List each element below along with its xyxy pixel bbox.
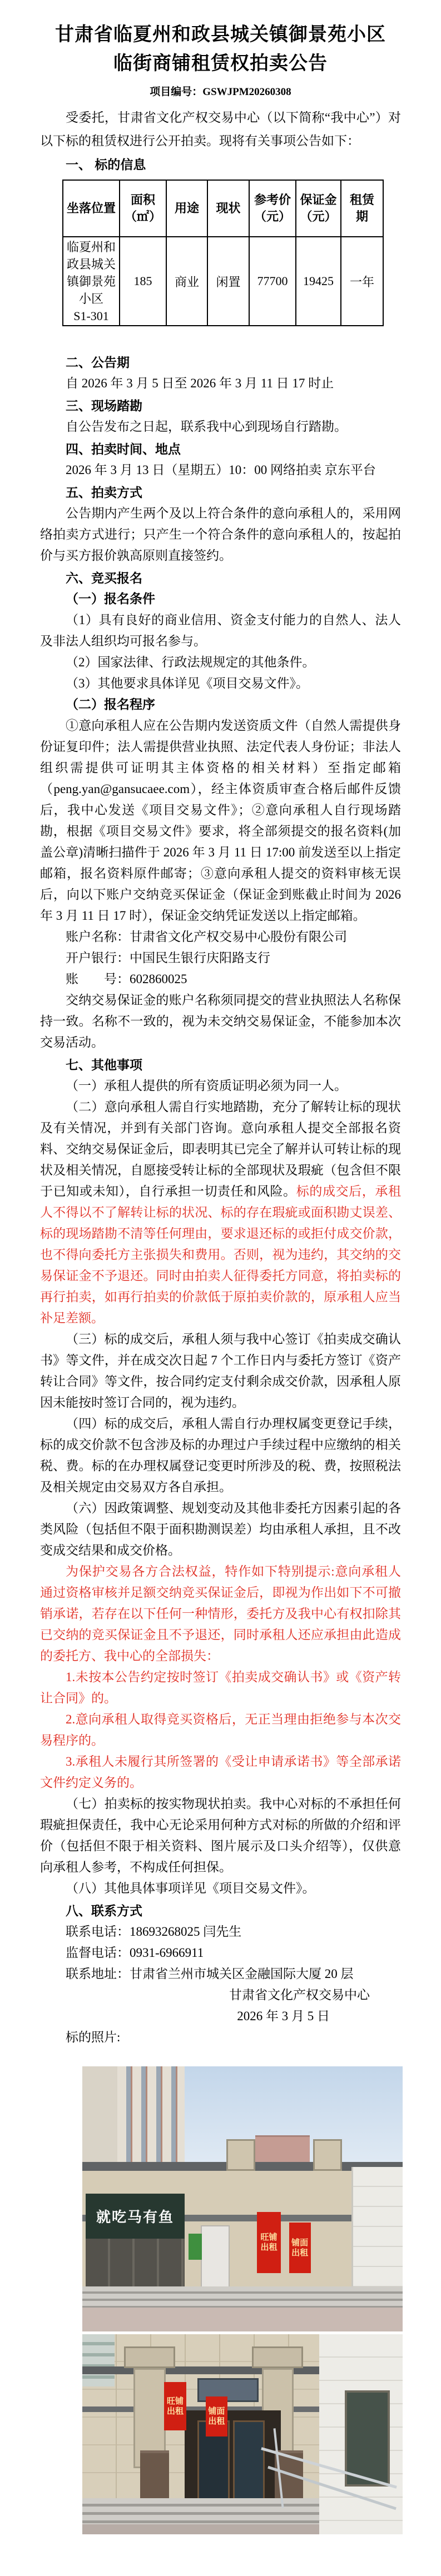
page-title: 甘肃省临夏州和政县城关镇御景苑小区 临街商铺租赁权拍卖公告 bbox=[40, 20, 401, 78]
paragraph-red: 为保护交易各方合法权益，特作如下特别提示:意向承租人通过资格审核并足额交纳竞买保… bbox=[40, 1561, 401, 1667]
cell-ref-price: 77700 bbox=[249, 237, 296, 326]
storefront-sign: 就吃马有鱼 bbox=[86, 2194, 185, 2239]
col-header-deposit: 保证金 （元） bbox=[296, 180, 341, 237]
cell-area: 185 bbox=[120, 237, 166, 326]
header-text: （元） bbox=[296, 208, 340, 225]
header-text: 面积 bbox=[120, 192, 166, 208]
cell-location: 临夏州和 政县城关 镇御景苑 小区 S1-301 bbox=[63, 237, 120, 326]
glass-door-right bbox=[233, 2420, 265, 2503]
col-header-status: 现状 bbox=[207, 180, 249, 237]
paragraph: （八）其他具体事项详见《项目交易文件》。 bbox=[40, 1878, 401, 1899]
trash-bin bbox=[189, 2234, 202, 2260]
section-heading-lot-info: 一、 标的信息 bbox=[40, 154, 401, 175]
sub-heading: （一）报名条件 bbox=[40, 589, 401, 610]
header-text: 参考价 bbox=[250, 192, 295, 208]
paragraph: （四）标的成交后，承租人需自行办理权属变更登记手续，标的成交价款不包含涉及标的办… bbox=[40, 1413, 401, 1498]
project-number: 项目编号：GSWJPM20260308 bbox=[40, 83, 401, 98]
paragraph-text-red: 标的成交后，承租人不得以不了解转让标的状况、标的存在瑕疵或面积勘丈误差、标的现场… bbox=[40, 1184, 401, 1325]
header-text: 期 bbox=[341, 208, 383, 225]
date-line: 2026 年 3 月 5 日 bbox=[40, 2006, 401, 2027]
background-building bbox=[82, 2334, 115, 2386]
side-window bbox=[345, 2390, 390, 2487]
paragraph: （1）具有良好的商业信用、资金支付能力的自然人、法人及非法人组织均可报名参与。 bbox=[40, 610, 401, 652]
storefront-sign-text: 就吃马有鱼 bbox=[96, 2206, 174, 2226]
property-photo-2: 旺铺出租 铺面出租 bbox=[82, 2334, 403, 2534]
col-header-location: 坐落位置 bbox=[63, 180, 120, 237]
pavement bbox=[82, 2308, 403, 2331]
table-row: 临夏州和 政县城关 镇御景苑 小区 S1-301 185 商业 闲置 77700… bbox=[63, 237, 383, 326]
paragraph: ①意向承租人应在公告期内发送资质文件（自然人需提供身份证复印件；法人需提供营业执… bbox=[40, 715, 401, 926]
pillar-capital bbox=[226, 2139, 255, 2171]
paragraph: （七）拍卖标的按实物现状拍卖。我中心对标的不承担任何瑕疵担保责任，我中心无论采用… bbox=[40, 1793, 401, 1878]
paragraph: 监督电话：0931-6966911 bbox=[40, 1942, 401, 1964]
header-text: 保证金 bbox=[296, 192, 340, 208]
cell-deposit: 19425 bbox=[296, 237, 341, 326]
rent-banner-door: 铺面出租 bbox=[206, 2396, 227, 2437]
cell-status: 闲置 bbox=[207, 237, 249, 326]
header-text: （㎡） bbox=[120, 208, 166, 225]
paragraph: （2）国家法律、行政法规规定的其他条件。 bbox=[40, 652, 401, 673]
entrance-steps bbox=[82, 2286, 403, 2308]
header-text: 现状 bbox=[208, 200, 249, 217]
paragraph: （六）因政策调整、规划变动及其他非委托方因素引起的各类风险（包括但不限于面积勘测… bbox=[40, 1498, 401, 1561]
paragraph: （3）其他要求具体详见《项目交易文件》。 bbox=[40, 673, 401, 694]
col-header-usage: 用途 bbox=[166, 180, 207, 237]
auction-announcement-page: 甘肃省临夏州和政县城关镇御景苑小区 临街商铺租赁权拍卖公告 项目编号：GSWJP… bbox=[0, 0, 441, 2576]
sub-heading: （二）报名程序 bbox=[40, 694, 401, 715]
cell-usage: 商业 bbox=[166, 237, 207, 326]
paragraph: 账 号：602860025 bbox=[40, 969, 401, 990]
col-header-ref-price: 参考价 （元） bbox=[249, 180, 296, 237]
lot-info-table: 坐落位置 面积 （㎡） 用途 现状 参考价 （元） bbox=[62, 180, 384, 326]
rent-banner-wall: 旺铺出租 bbox=[164, 2382, 186, 2430]
paragraph-red: 2.意向承租人取得竞买资格后，无正当理由拒绝参与本次交易程序的。 bbox=[40, 1709, 401, 1751]
paragraph: 自 2026 年 3 月 5 日至 2026 年 3 月 11 日 17 时止 bbox=[40, 373, 401, 394]
rent-banner-text: 铺面出租 bbox=[291, 2238, 309, 2258]
stone-plinth bbox=[140, 2450, 169, 2503]
title-line-2: 临街商铺租赁权拍卖公告 bbox=[40, 49, 401, 78]
paragraph-red: 3.承租人未履行其所签署的《受让申请承诺书》等全部承诺文件约定义务的。 bbox=[40, 1751, 401, 1793]
table-header-row: 坐落位置 面积 （㎡） 用途 现状 参考价 （元） bbox=[63, 180, 383, 237]
paragraph: 2026 年 3 月 13 日（星期五）10：00 网络拍卖 京东平台 bbox=[40, 460, 401, 481]
section-heading: 五、拍卖方式 bbox=[40, 482, 401, 503]
section-heading: 四、拍卖时间、地点 bbox=[40, 439, 401, 460]
paragraph: 自公告发布之日起，联系我中心到现场自行踏勘。 bbox=[40, 416, 401, 437]
header-text: （元） bbox=[250, 208, 295, 225]
pillar-capital bbox=[313, 2139, 342, 2171]
paragraph: （一）承租人提供的所有资质证明必须为同一人。 bbox=[40, 1075, 401, 1097]
rent-banner-text: 旺铺出租 bbox=[166, 2396, 185, 2416]
signature-line: 甘肃省文化产权交易中心 bbox=[40, 1985, 401, 2006]
paragraph: 账户名称：甘肃省文化产权交易中心股份有限公司 bbox=[40, 926, 401, 948]
paragraph: 联系电话：18693268025 闫先生 bbox=[40, 1921, 401, 1942]
paragraph: 标的照片: bbox=[40, 2027, 401, 2048]
intro-paragraph: 受委托，甘肃省文化产权交易中心（以下简称“我中心”）对以下标的租赁权进行公开拍卖… bbox=[40, 106, 401, 153]
section-heading: 八、联系方式 bbox=[40, 1900, 401, 1921]
section-heading: 三、现场踏勘 bbox=[40, 395, 401, 416]
rent-banner-wall: 旺铺出租 bbox=[257, 2212, 281, 2273]
col-header-area: 面积 （㎡） bbox=[120, 180, 166, 237]
entrance-steps bbox=[82, 2498, 319, 2524]
paragraph: 公告期内产生两个及以上符合条件的意向承租人的，采用网络拍卖方式进行；只产生一个符… bbox=[40, 503, 401, 566]
document-body: 二、公告期自 2026 年 3 月 5 日至 2026 年 3 月 11 日 1… bbox=[40, 352, 401, 2048]
pillar-capital bbox=[124, 2346, 175, 2369]
cell-lease-term: 一年 bbox=[341, 237, 383, 326]
section-heading: 二、公告期 bbox=[40, 352, 401, 373]
col-header-lease-term: 租赁 期 bbox=[341, 180, 383, 237]
paragraph: 交纳交易保证金的账户名称须同提交的营业执照法人名称保持一致。名称不一致的，视为未… bbox=[40, 990, 401, 1053]
pillar-capital bbox=[252, 2346, 303, 2369]
paragraph: 联系地址：甘肃省兰州市城关区金融国际大厦 20 层 bbox=[40, 1964, 401, 1985]
rent-banner-door: 铺面出租 bbox=[289, 2223, 311, 2273]
header-text: 用途 bbox=[167, 200, 207, 217]
paragraph-text: （二）意向承租人需自行实地踏勘，充分了解转让标的现状及有关情况，并到有关部门咨询… bbox=[40, 1100, 401, 1198]
rent-banner-text: 铺面出租 bbox=[207, 2406, 226, 2426]
title-line-1: 甘肃省临夏州和政县城关镇御景苑小区 bbox=[40, 20, 401, 49]
shop-door bbox=[201, 2225, 230, 2291]
section-heading: 七、其他事项 bbox=[40, 1054, 401, 1075]
paragraph-red: 1.未按本公告约定按时签订《拍卖成交确认书》或《资产转让合同》的。 bbox=[40, 1667, 401, 1709]
section-heading: 六、竞买报名 bbox=[40, 567, 401, 589]
property-photo-1: 就吃马有鱼 旺铺出租 铺面出租 bbox=[82, 2066, 403, 2331]
paragraph-mixed: （二）意向承租人需自行实地踏勘，充分了解转让标的现状及有关情况，并到有关部门咨询… bbox=[40, 1097, 401, 1329]
paragraph: （三）标的成交后，承租人须与我中心签订《拍卖成交确认书》等文件，并在成交次日起 … bbox=[40, 1329, 401, 1413]
rent-banner-text: 旺铺出租 bbox=[260, 2233, 278, 2253]
header-text: 坐落位置 bbox=[63, 200, 119, 217]
header-text: 租赁 bbox=[341, 192, 383, 208]
pavement bbox=[82, 2524, 319, 2534]
paragraph: 开户银行：中国民生银行庆阳路支行 bbox=[40, 948, 401, 969]
